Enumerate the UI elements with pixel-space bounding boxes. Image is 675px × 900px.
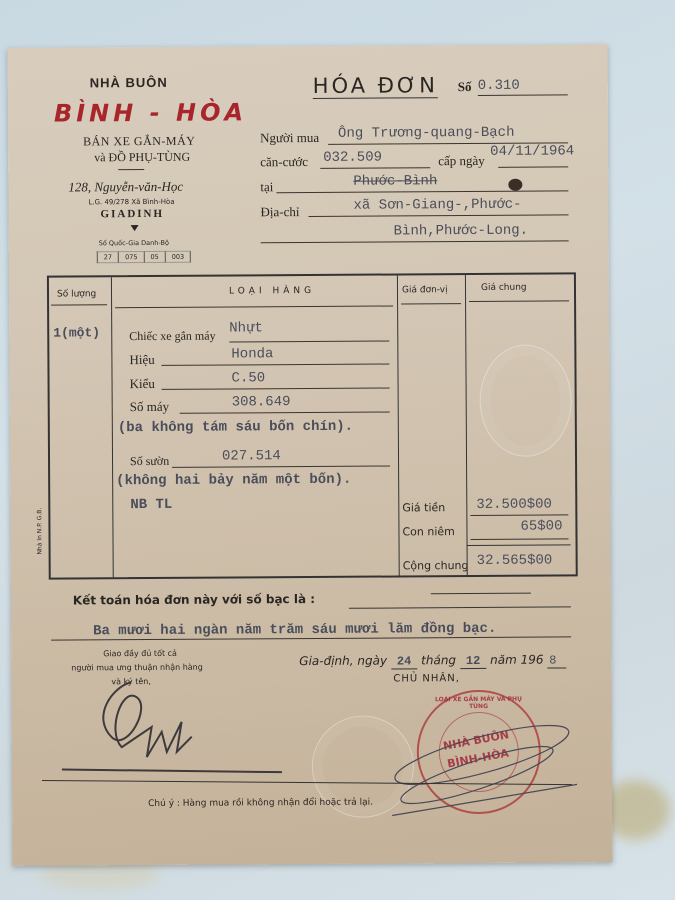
owner-signature	[382, 704, 583, 825]
issued-label: cấp ngày	[438, 153, 485, 169]
underline	[261, 240, 569, 243]
receipt-note-line2: người mua ưng thuận nhận hàng	[71, 663, 203, 673]
item-value-engine: 308.649	[232, 394, 291, 410]
settlement-label: Kết toán hóa đơn này với số bạc là :	[73, 592, 315, 607]
item-label-model: Kiểu	[130, 376, 155, 392]
registry-label: Số Quốc-Gia Danh-Bộ	[99, 239, 169, 247]
footer-note: Chú ý : Hàng mua rồi không nhận đổi hoặc…	[148, 798, 373, 809]
frame-number-words: (không hai bảy năm một bốn).	[116, 472, 351, 489]
underline	[172, 466, 390, 468]
invoice-paper: NHÀ BUÔN BÌNH - HÒA BÁN XE GẮN-MÁY và ĐỒ…	[8, 44, 613, 866]
merchant-name: BÌNH - HÒA	[54, 98, 247, 127]
registry-box: 05	[144, 251, 165, 263]
address-label: Địa-chỉ	[260, 204, 299, 220]
item-value-vehicle: Nhựt	[229, 320, 263, 336]
total-label-grand: Cộng chung	[403, 559, 469, 572]
date-line: Gia-định, ngày 24 tháng 12 năm 196 8	[299, 652, 566, 669]
triangle-icon	[131, 225, 139, 231]
id-number: 032.509	[323, 150, 382, 166]
underline	[162, 388, 390, 390]
buyer-address-line2: Bình,Phước-Long.	[394, 223, 529, 240]
engine-number-words: (ba không tám sáu bốn chín).	[118, 419, 353, 436]
date-place: Gia-định,	[299, 654, 353, 668]
place-label: tại	[260, 179, 273, 195]
underline	[229, 341, 389, 343]
header-total-price: Giá chung	[481, 283, 527, 293]
month-label: tháng	[421, 653, 456, 667]
underline	[161, 364, 389, 366]
merchant-address: 128, Nguyễn-văn-Học	[68, 179, 183, 196]
header-item: LOẠI HÀNG	[229, 286, 315, 297]
item-value-brand: Honda	[231, 346, 273, 362]
total-label-price: Giá tiền	[402, 501, 445, 514]
year-label: năm 196	[490, 653, 543, 667]
total-value-price: 32.500$00	[476, 497, 552, 513]
month-value: 12	[460, 654, 486, 669]
underline	[470, 514, 568, 516]
merchant-line1: BÁN XE GẮN-MÁY	[83, 134, 195, 150]
year-digit: 8	[547, 653, 566, 668]
merchant-city: GIADINH	[100, 208, 164, 220]
buyer-name: Ông Trương-quang-Bạch	[338, 125, 515, 142]
underline	[349, 606, 571, 608]
printer-imprint: Nhà In N.P. G.B.	[36, 508, 43, 555]
owner-label: CHỦ NHÂN,	[393, 673, 460, 684]
column-divider	[465, 275, 468, 575]
embossed-seal	[479, 344, 572, 457]
underline	[276, 190, 568, 193]
header-rule	[115, 305, 393, 308]
item-note: NB TL	[130, 497, 172, 513]
item-label-engine: Số máy	[130, 399, 169, 415]
total-value-stamp-tax: 65$00	[520, 518, 562, 534]
buyer-name-label: Người mua	[260, 130, 319, 146]
merchant-line2: và ĐỒ PHỤ-TÙNG	[94, 150, 190, 166]
frame-number: 027.514	[222, 448, 281, 464]
invoice-number: 0.310	[478, 78, 520, 94]
merchant-top-label: NHÀ BUÔN	[90, 75, 168, 90]
underline	[498, 166, 568, 167]
subtotal-rule	[467, 544, 571, 546]
receipt-note-line1: Giao đầy đủ tốt cả	[103, 649, 177, 658]
column-divider	[111, 277, 114, 577]
header-unit-price: Giá đơn-vị	[402, 285, 448, 295]
total-value-grand: 32.565$00	[477, 553, 553, 569]
invoice-number-label: Số	[458, 79, 472, 95]
item-value-model: C.50	[231, 370, 265, 386]
buyer-signature	[51, 676, 292, 777]
ink-spot	[508, 179, 522, 191]
underline	[478, 94, 568, 96]
header-quantity: Số lượng	[57, 289, 96, 299]
quantity-value: 1(một)	[53, 325, 100, 340]
day-value: 24	[391, 654, 417, 669]
header-rule	[469, 300, 569, 302]
column-divider	[397, 275, 400, 575]
header-rule	[51, 304, 107, 305]
invoice-title: HÓA ĐƠN	[313, 73, 438, 99]
buyer-address-line1: xã Sơn-Giang-,Phước-	[353, 197, 521, 214]
underline	[180, 412, 390, 414]
registry-box: 075	[119, 251, 144, 263]
underline	[320, 167, 430, 169]
item-label-vehicle: Chiếc xe gắn máy	[129, 329, 215, 345]
underline	[309, 214, 569, 217]
total-label-stamp-tax: Con niêm	[402, 525, 454, 538]
divider	[118, 169, 144, 170]
registry-box: 27	[98, 251, 119, 263]
frame-label: Số sườn	[130, 454, 169, 469]
issued-place: Phước-Bình	[353, 173, 437, 190]
id-label: căn-cước	[260, 154, 308, 170]
header-rule	[401, 303, 461, 304]
item-label-brand: Hiệu	[129, 352, 154, 368]
registry-boxes: 27 075 05 003	[97, 251, 191, 264]
table-bottom	[431, 593, 531, 595]
merchant-address-sub: L.G. 49/278 Xã Bình-Hòa	[88, 198, 174, 207]
day-label: ngày	[357, 654, 387, 668]
issued-date: 04/11/1964	[490, 143, 574, 160]
underline	[471, 538, 569, 540]
registry-box: 003	[166, 251, 191, 263]
